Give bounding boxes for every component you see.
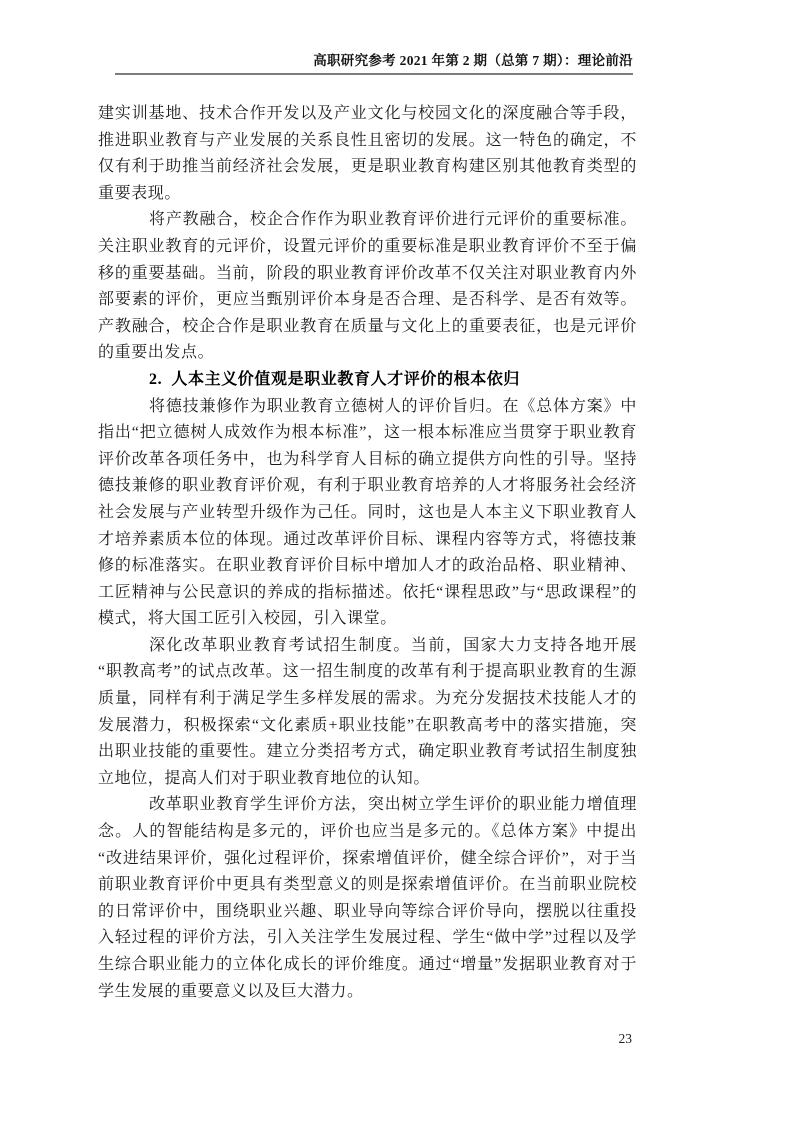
document-page: 高职研究参考 2021 年第 2 期（总第 7 期）：理论前沿 建实训基地、技术…: [0, 0, 794, 1123]
body-paragraph-continuation: 建实训基地、技术合作开发以及产业文化与校园文化的深度融合等手段，推进职业教育与产…: [98, 101, 637, 207]
body-text-column: 建实训基地、技术合作开发以及产业文化与校园文化的深度融合等手段，推进职业教育与产…: [98, 101, 637, 1005]
section-heading: 2. 人本主义价值观是职业教育人才评价的根本依归: [98, 367, 637, 394]
body-paragraph-exam-enrollment: 深化改革职业教育考试招生制度。当前，国家大力支持各地开展“职教高考”的试点改革。…: [98, 633, 637, 793]
body-paragraph-student-evaluation: 改革职业教育学生评价方法，突出树立学生评价的职业能力增值理念。人的智能结构是多元…: [98, 792, 637, 1005]
body-paragraph-meta-evaluation: 将产教融合，校企合作作为职业教育评价进行元评价的重要标准。关注职业教育的元评价，…: [98, 207, 637, 367]
page-number: 23: [98, 1031, 632, 1047]
running-head: 高职研究参考 2021 年第 2 期（总第 7 期）：理论前沿: [115, 52, 633, 75]
body-paragraph-moral-education: 将德技兼修作为职业教育立德树人的评价旨归。在《总体方案》中指出“把立德树人成效作…: [98, 394, 637, 633]
